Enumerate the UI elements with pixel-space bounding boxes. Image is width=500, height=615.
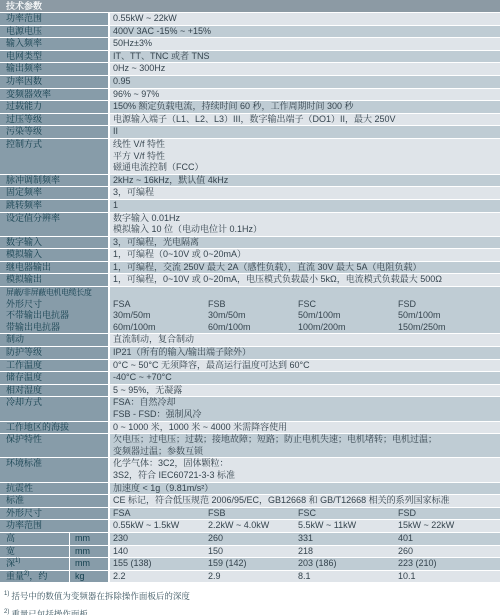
spec-row: 带输出电抗器60m/100m60m/100m100m/200m150m/250m [0, 322, 500, 335]
value-line: FSB - FSD：强制风冷 [110, 409, 500, 421]
value-line: 96% ~ 97% [110, 89, 500, 101]
row-value: FSAFSBFSCFSD [110, 299, 500, 311]
row-value: 线性 V/f 特性平方 V/f 特性磁通电流控制（FCC） [110, 139, 500, 174]
value-line: 3，可编程 [110, 187, 500, 199]
row-label: 功率范围 [0, 520, 110, 532]
value-col: 60m/100m [110, 322, 205, 334]
row-label: 变频器效率 [0, 89, 110, 101]
value-line: 400V 3AC -15% ~ +15% [110, 26, 500, 38]
value-line: 3，可编程，光电隔离 [110, 237, 500, 249]
spec-row: 外形尺寸FSAFSBFSCFSD [0, 508, 500, 521]
row-label: 过载能力 [0, 101, 110, 113]
row-value: 0Hz ~ 300Hz [110, 63, 500, 75]
row-value: 1，可编程（0~10V 或 0~20mA） [110, 249, 500, 261]
spec-row: 外形尺寸FSAFSBFSCFSD [0, 299, 500, 311]
spec-row: 污染等级II [0, 126, 500, 139]
spec-table: 技术参数 功率范围0.55kW ~ 22kW电源电压400V 3AC -15% … [0, 0, 500, 615]
value-col: FSC [295, 299, 395, 311]
row-value: 直流制动，复合制动 [110, 334, 500, 346]
row-value: 50Hz±3% [110, 38, 500, 50]
value-col: 10.1 [395, 571, 500, 583]
value-line: IT、TT、TNC 或者 TNS [110, 51, 500, 63]
value-line: 2kHz ~ 16kHz，默认值 4kHz [110, 175, 500, 187]
spec-row: 设定值分辨率数字输入 0.01Hz模拟输入 10 位（电动电位计 0.1Hz） [0, 213, 500, 237]
value-col: FSD [395, 508, 500, 520]
row-label: 功率范围 [0, 13, 110, 25]
value-col: 5.5kW ~ 11kW [295, 520, 395, 532]
row-value: 化学气体：3C2，固体颗粒：3S2，符合 IEC60721-3-3 标准 [110, 458, 500, 481]
row-label: 屏蔽/非屏蔽电机电缆长度 [0, 287, 110, 299]
footnote: 1)括号中的数值为变频器在拆除操作面板后的深度 [4, 589, 500, 601]
value-col: 155 (138) [110, 558, 205, 570]
footnotes: 1)括号中的数值为变频器在拆除操作面板后的深度2)重量已包括操作面板 [0, 583, 500, 615]
row-value: 155 (138)159 (142)203 (186)223 (210) [110, 558, 500, 570]
value-col: 260 [395, 546, 500, 558]
row-label: 深1) [0, 558, 70, 570]
value-col: 150m/250m [395, 322, 500, 334]
value-line: 1，可编程（0~10V 或 0~20mA） [110, 249, 500, 261]
row-value: 2kHz ~ 16kHz，默认值 4kHz [110, 175, 500, 187]
row-value: 0.95 [110, 76, 500, 88]
spec-row: 功率范围0.55kW ~ 22kW [0, 13, 500, 26]
footnote-marker: 2) [24, 571, 29, 577]
row-label: 工作地区的海拔 [0, 422, 110, 434]
row-value: 150% 额定负载电流，持续时间 60 秒，工作周期时间 300 秒 [110, 101, 500, 113]
value-line: 线性 V/f 特性 [110, 139, 500, 151]
value-col: 223 (210) [395, 558, 500, 570]
value-line: 5 ~ 95%，无凝露 [110, 385, 500, 397]
value-col: 60m/100m [205, 322, 295, 334]
row-value: 60m/100m60m/100m100m/200m150m/250m [110, 322, 500, 334]
spec-row: 电网类型IT、TT、TNC 或者 TNS [0, 51, 500, 64]
row-label: 外形尺寸 [0, 299, 110, 311]
value-col: FSB [205, 508, 295, 520]
row-label: 抗震性 [0, 483, 110, 495]
value-col: 159 (142) [205, 558, 295, 570]
value-line: 0°C ~ 50°C 无须降容，最高运行温度可达到 60°C [110, 360, 500, 372]
spec-row-group: 屏蔽/非屏蔽电机电缆长度外形尺寸FSAFSBFSCFSD不带输出电抗器30m/5… [0, 287, 500, 334]
row-value: 电源输入端子（L1、L2、L3）III，数字输出端子（DO1）II，最大 250… [110, 114, 500, 126]
value-line: -40°C ~ +70°C [110, 372, 500, 384]
row-label: 防护等级 [0, 347, 110, 359]
row-label: 设定值分辨率 [0, 213, 110, 236]
row-value: FSAFSBFSCFSD [110, 508, 500, 520]
spec-row: 输入频率50Hz±3% [0, 38, 500, 51]
value-line: FSA：自然冷却 [110, 397, 500, 409]
row-label: 冷却方式 [0, 397, 110, 420]
footnote-text: 重量已包括操作面板 [11, 609, 88, 615]
spec-row: 深1)mm155 (138)159 (142)203 (186)223 (210… [0, 558, 500, 571]
row-value: 1，可编程，交流 250V 最大 2A（感性负载），直流 30V 最大 5A（电… [110, 262, 500, 274]
row-value: 3，可编程 [110, 187, 500, 199]
value-line: 0.55kW ~ 22kW [110, 13, 500, 25]
value-line: 数字输入 0.01Hz [110, 213, 500, 225]
value-col: 30m/50m [110, 310, 205, 322]
value-col: 50m/100m [395, 310, 500, 322]
value-col: 401 [395, 533, 500, 545]
value-col: 0.55kW ~ 1.5kW [110, 520, 205, 532]
row-label: 模拟输入 [0, 249, 110, 261]
value-col: 203 (186) [295, 558, 395, 570]
value-col: FSA [110, 508, 205, 520]
value-line: 50Hz±3% [110, 38, 500, 50]
row-value: FSA：自然冷却FSB - FSD：强制风冷 [110, 397, 500, 420]
row-value: 230260331401 [110, 533, 500, 545]
spec-row: 过压等级电源输入端子（L1、L2、L3）III，数字输出端子（DO1）II，最大… [0, 114, 500, 127]
spec-row: 功率因数0.95 [0, 76, 500, 89]
row-value: 5 ~ 95%，无凝露 [110, 385, 500, 397]
value-col: FSA [110, 299, 205, 311]
row-value: 140150218260 [110, 546, 500, 558]
row-label: 外形尺寸 [0, 508, 110, 520]
spec-row: 环境标准化学气体：3C2，固体颗粒：3S2，符合 IEC60721-3-3 标准 [0, 458, 500, 482]
value-line: 直流制动，复合制动 [110, 334, 500, 346]
row-label: 功率因数 [0, 76, 110, 88]
row-value: 1 [110, 200, 500, 212]
spec-row: 储存温度-40°C ~ +70°C [0, 372, 500, 385]
spec-row: 保护特性欠电压；过电压；过载；接地故障；短路；防止电机失速；电机堵转；电机过温；… [0, 434, 500, 458]
value-line: 加速度 < 1g（9.81m/s²） [110, 483, 500, 495]
spec-row: 工作地区的海拔0 ~ 1000 米，1000 米 ~ 4000 米需降容使用 [0, 422, 500, 435]
row-label: 输出频率 [0, 63, 110, 75]
value-line: 平方 V/f 特性 [110, 151, 500, 163]
row-value: 3，可编程，光电隔离 [110, 237, 500, 249]
row-label: 带输出电抗器 [0, 322, 110, 334]
footnote: 2)重量已包括操作面板 [4, 607, 500, 615]
spec-row: 跳转频率1 [0, 200, 500, 213]
value-line: 磁通电流控制（FCC） [110, 162, 500, 174]
value-line: 1，可编程，交流 250V 最大 2A（感性负载），直流 30V 最大 5A（电… [110, 262, 500, 274]
spec-row: 输出频率0Hz ~ 300Hz [0, 63, 500, 76]
spec-row: 继电器输出1，可编程，交流 250V 最大 2A（感性负载），直流 30V 最大… [0, 262, 500, 275]
row-label: 继电器输出 [0, 262, 110, 274]
value-line: 0 ~ 1000 米，1000 米 ~ 4000 米需降容使用 [110, 422, 500, 434]
footnote-marker: 2) [4, 609, 9, 615]
value-col [395, 287, 500, 299]
row-label: 环境标准 [0, 458, 110, 481]
row-value: 0°C ~ 50°C 无须降容，最高运行温度可达到 60°C [110, 360, 500, 372]
value-col: 140 [110, 546, 205, 558]
row-unit: mm [70, 546, 110, 558]
row-value: IT、TT、TNC 或者 TNS [110, 51, 500, 63]
spec-row: 数字输入3，可编程，光电隔离 [0, 237, 500, 250]
row-value: IP21（所有的输入/输出端子除外） [110, 347, 500, 359]
row-value: CE 标记，符合低压规范 2006/95/EC，GB12668 和 GB/T12… [110, 495, 500, 507]
row-label: 制动 [0, 334, 110, 346]
row-label: 模拟输出 [0, 274, 110, 286]
row-label: 污染等级 [0, 126, 110, 138]
value-col: 150 [205, 546, 295, 558]
row-value: 0.55kW ~ 22kW [110, 13, 500, 25]
row-value: -40°C ~ +70°C [110, 372, 500, 384]
spec-row: 功率范围0.55kW ~ 1.5kW2.2kW ~ 4.0kW5.5kW ~ 1… [0, 520, 500, 533]
value-col: 2.2 [110, 571, 205, 583]
value-col: 260 [205, 533, 295, 545]
spec-rows: 功率范围0.55kW ~ 22kW电源电压400V 3AC -15% ~ +15… [0, 13, 500, 583]
value-col: 2.9 [205, 571, 295, 583]
value-col: 331 [295, 533, 395, 545]
row-label: 固定频率 [0, 187, 110, 199]
spec-row: 防护等级IP21（所有的输入/输出端子除外） [0, 347, 500, 360]
value-line: 化学气体：3C2，固体颗粒： [110, 458, 500, 470]
row-value: 1，可编程，0~10V 或 0~20mA，电压模式负载最小 5kΩ，电流模式负载… [110, 274, 500, 286]
value-col: FSD [395, 299, 500, 311]
row-value: 400V 3AC -15% ~ +15% [110, 26, 500, 38]
value-col: 30m/50m [205, 310, 295, 322]
value-line: 1 [110, 200, 500, 212]
row-label: 保护特性 [0, 434, 110, 457]
spec-row: 相对湿度5 ~ 95%，无凝露 [0, 385, 500, 398]
row-value: 2.22.98.110.1 [110, 571, 500, 583]
row-unit: mm [70, 533, 110, 545]
value-col [295, 287, 395, 299]
value-line: 0Hz ~ 300Hz [110, 63, 500, 75]
row-label: 跳转频率 [0, 200, 110, 212]
row-label: 不带输出电抗器 [0, 310, 110, 322]
row-value: 0.55kW ~ 1.5kW2.2kW ~ 4.0kW5.5kW ~ 11kW1… [110, 520, 500, 532]
value-line: 欠电压；过电压；过载；接地故障；短路；防止电机失速；电机堵转；电机过温； [110, 434, 500, 446]
spec-row: 固定频率3，可编程 [0, 187, 500, 200]
row-unit: mm [70, 558, 110, 570]
value-col: 2.2kW ~ 4.0kW [205, 520, 295, 532]
value-col: 15kW ~ 22kW [395, 520, 500, 532]
row-label: 电源电压 [0, 26, 110, 38]
spec-row: 控制方式线性 V/f 特性平方 V/f 特性磁通电流控制（FCC） [0, 139, 500, 175]
row-value [110, 287, 500, 299]
row-label: 输入频率 [0, 38, 110, 50]
row-label: 数字输入 [0, 237, 110, 249]
value-line: 变频器过温；参数互锁 [110, 446, 500, 458]
spec-row: 过载能力150% 额定负载电流，持续时间 60 秒，工作周期时间 300 秒 [0, 101, 500, 114]
spec-row: 电源电压400V 3AC -15% ~ +15% [0, 26, 500, 39]
row-label: 脉冲调制频率 [0, 175, 110, 187]
value-col: 218 [295, 546, 395, 558]
row-value: 30m/50m30m/50m50m/100m50m/100m [110, 310, 500, 322]
spec-row: 冷却方式FSA：自然冷却FSB - FSD：强制风冷 [0, 397, 500, 421]
row-value: 欠电压；过电压；过载；接地故障；短路；防止电机失速；电机堵转；电机过温；变频器过… [110, 434, 500, 457]
spec-row: 变频器效率96% ~ 97% [0, 89, 500, 102]
row-value: 数字输入 0.01Hz模拟输入 10 位（电动电位计 0.1Hz） [110, 213, 500, 236]
value-line: 1，可编程，0~10V 或 0~20mA，电压模式负载最小 5kΩ，电流模式负载… [110, 274, 500, 286]
value-col: FSB [205, 299, 295, 311]
spec-row: 抗震性加速度 < 1g（9.81m/s²） [0, 483, 500, 496]
value-line: 电源输入端子（L1、L2、L3）III，数字输出端子（DO1）II，最大 250… [110, 114, 500, 126]
footnote-marker: 1) [4, 591, 9, 597]
spec-row: 模拟输出1，可编程，0~10V 或 0~20mA，电压模式负载最小 5kΩ，电流… [0, 274, 500, 287]
row-label: 控制方式 [0, 139, 110, 174]
value-col [110, 287, 205, 299]
value-col: 50m/100m [295, 310, 395, 322]
value-line: 模拟输入 10 位（电动电位计 0.1Hz） [110, 224, 500, 236]
spec-row: 宽mm140150218260 [0, 546, 500, 559]
row-label: 高 [0, 533, 70, 545]
row-label: 储存温度 [0, 372, 110, 384]
value-line: II [110, 126, 500, 138]
value-line: 3S2，符合 IEC60721-3-3 标准 [110, 470, 500, 482]
spec-row: 不带输出电抗器30m/50m30m/50m50m/100m50m/100m [0, 310, 500, 322]
row-label: 标准 [0, 495, 110, 507]
row-unit: kg [70, 571, 110, 583]
spec-row: 制动直流制动，复合制动 [0, 334, 500, 347]
value-col: 8.1 [295, 571, 395, 583]
row-label: 宽 [0, 546, 70, 558]
footnote-text: 括号中的数值为变频器在拆除操作面板后的深度 [11, 591, 190, 601]
spec-row: 脉冲调制频率2kHz ~ 16kHz，默认值 4kHz [0, 175, 500, 188]
spec-row: 工作温度0°C ~ 50°C 无须降容，最高运行温度可达到 60°C [0, 360, 500, 373]
value-line: IP21（所有的输入/输出端子除外） [110, 347, 500, 359]
row-value: 96% ~ 97% [110, 89, 500, 101]
footnote-marker: 1) [15, 558, 20, 564]
value-col: 230 [110, 533, 205, 545]
spec-row: 屏蔽/非屏蔽电机电缆长度 [0, 287, 500, 299]
row-value: 0 ~ 1000 米，1000 米 ~ 4000 米需降容使用 [110, 422, 500, 434]
value-col: 100m/200m [295, 322, 395, 334]
value-line: CE 标记，符合低压规范 2006/95/EC，GB12668 和 GB/T12… [110, 495, 500, 507]
row-label: 过压等级 [0, 114, 110, 126]
row-label: 相对湿度 [0, 385, 110, 397]
value-line: 0.95 [110, 76, 500, 88]
spec-row: 重量2)，约kg2.22.98.110.1 [0, 571, 500, 584]
spec-row: 标准CE 标记，符合低压规范 2006/95/EC，GB12668 和 GB/T… [0, 495, 500, 508]
row-value: 加速度 < 1g（9.81m/s²） [110, 483, 500, 495]
value-col: FSC [295, 508, 395, 520]
value-col [205, 287, 295, 299]
spec-row: 高mm230260331401 [0, 533, 500, 546]
value-line: 150% 额定负载电流，持续时间 60 秒，工作周期时间 300 秒 [110, 101, 500, 113]
table-title: 技术参数 [0, 0, 500, 13]
row-label: 电网类型 [0, 51, 110, 63]
row-label: 重量2)，约 [0, 571, 70, 583]
spec-row: 模拟输入1，可编程（0~10V 或 0~20mA） [0, 249, 500, 262]
row-label: 工作温度 [0, 360, 110, 372]
row-value: II [110, 126, 500, 138]
